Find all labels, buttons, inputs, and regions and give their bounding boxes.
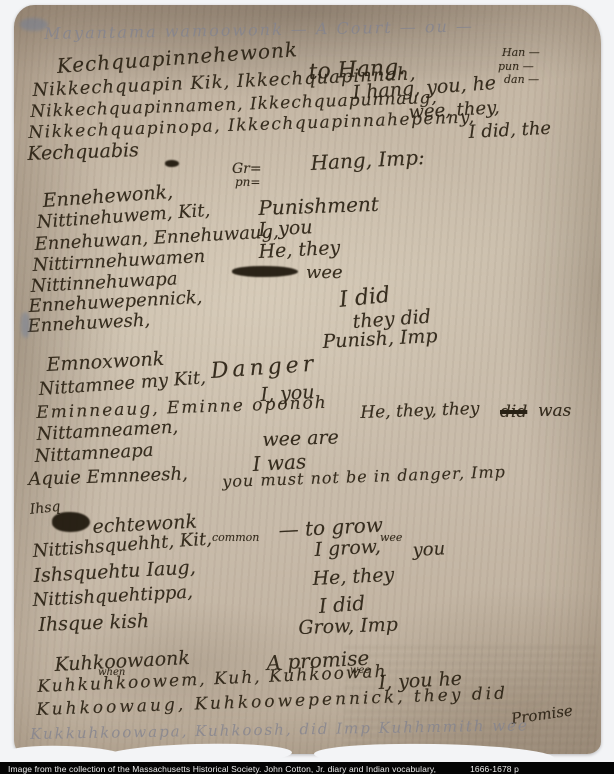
- handwritten-text: pun —: [498, 60, 534, 73]
- handwritten-text: wee: [306, 262, 343, 283]
- handwritten-text: I grow,: [314, 536, 381, 561]
- handwritten-text: Ihsque kish: [38, 610, 149, 636]
- ink-blot: [21, 312, 30, 338]
- handwritten-text: Kechquabis: [27, 139, 139, 165]
- handwritten-text: did: [500, 402, 527, 422]
- handwritten-text: was: [538, 401, 571, 421]
- caption-date: 1666-1678 p: [470, 764, 519, 774]
- handwritten-text: wee are: [262, 426, 339, 451]
- handwritten-text: you: [412, 538, 446, 561]
- manuscript-photo: Mayantama wamoowonk — A Court — ou —Kech…: [0, 0, 614, 774]
- handwritten-text: He, they: [258, 237, 341, 263]
- handwritten-text: Han —: [502, 46, 540, 59]
- handwritten-text: Nittishquehtippa,: [32, 582, 193, 611]
- handwritten-text: Aquie Emnneesh,: [28, 463, 188, 490]
- handwritten-text: I did, the: [468, 118, 552, 143]
- handwritten-text: Danger: [210, 352, 318, 384]
- handwritten-text: dan —: [504, 73, 539, 86]
- ink-blot: [232, 266, 298, 277]
- ink-blot: [165, 160, 179, 167]
- handwritten-text: Eminneaug, Eminne oponoh: [36, 393, 328, 423]
- handwritten-text: common: [212, 531, 259, 544]
- handwriting-layer: Mayantama wamoowonk — A Court — ou —Kech…: [0, 0, 614, 774]
- caption-text: Image from the collection of the Massach…: [8, 764, 436, 774]
- handwritten-text: Hang, Imp:: [310, 145, 425, 175]
- ink-blot: [52, 512, 90, 532]
- handwritten-text: He, they: [312, 564, 395, 590]
- caption-bar: Image from the collection of the Massach…: [0, 762, 614, 774]
- handwritten-text: wee: [380, 531, 402, 544]
- handwritten-text: Kukkuhkoowapa, Kuhkoosh, did Imp Kuhhmmi…: [30, 716, 529, 743]
- handwritten-text: Punish, Imp: [322, 325, 438, 353]
- handwritten-text: wee: [350, 665, 370, 676]
- handwritten-text: Grow, Imp: [298, 614, 398, 639]
- handwritten-text: Punishment: [258, 192, 379, 220]
- handwritten-text: pn=: [235, 175, 260, 189]
- handwritten-text: He, they, they: [360, 399, 480, 423]
